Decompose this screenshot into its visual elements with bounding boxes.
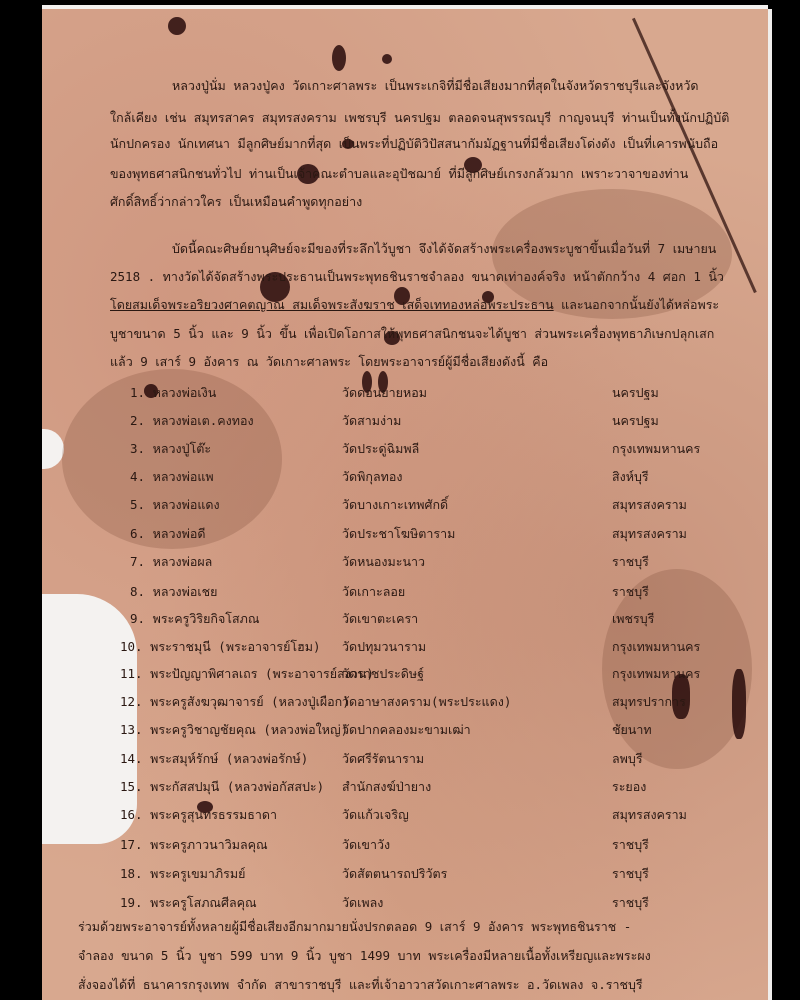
master-name: 3. หลวงปู่โต๊ะ (130, 439, 211, 459)
name-text: พระครูวิริยกิจโสภณ (153, 611, 260, 626)
temple-name: วัดราชประดิษฐ์ (342, 664, 424, 684)
province-name: กรุงเทพมหานคร (612, 439, 700, 459)
temple-name: วัดเกาะลอย (342, 582, 405, 602)
name-text: พระครูสุนทรธรรมธาดา (150, 807, 277, 822)
name-text: หลวงพ่อเงิน (153, 385, 217, 400)
name-text: พระครูภาวนาวิมลคุณ (150, 837, 267, 852)
name-text: หลวงพ่อเชย (153, 584, 218, 599)
name-text: หลวงพ่อผล (153, 554, 213, 569)
row-number: 9. (130, 611, 145, 626)
name-text: พระครูวิชาญชัยคุณ (หลวงพ่อใหญ่) (150, 722, 348, 737)
province-name: สมุทรสงคราม (612, 524, 687, 544)
province-name: ราชบุรี (612, 582, 649, 602)
province-name: สมุทรสงคราม (612, 805, 687, 825)
temple-name: วัดปทุมวนาราม (342, 637, 426, 657)
temple-name: วัดบางเกาะเทพศักดิ์ (342, 495, 448, 515)
closing-line: สั่งจองได้ที่ ธนาคารกรุงเทพ จำกัด สาขารา… (78, 975, 643, 995)
temple-name: วัดดอนยายหอม (342, 383, 427, 403)
name-text: หลวงพ่อดี (153, 526, 206, 541)
master-name: 4. หลวงพ่อแพ (130, 467, 214, 487)
master-name: 19. พระครูโสภณศีลคุณ (120, 893, 257, 913)
master-name: 11. พระปัญญาพิศาลเถร (พระอาจารย์สงวน) (120, 664, 374, 684)
paragraph-2-continuation: และนอกจากนั้นยังได้หล่อพระ (554, 297, 720, 312)
master-list-row: 13. พระครูวิชาญชัยคุณ (หลวงพ่อใหญ่)วัดปา… (42, 720, 768, 740)
name-text: หลวงปู่โต๊ะ (153, 441, 212, 456)
temple-name: วัดพิกุลทอง (342, 467, 402, 487)
master-name: 2. หลวงพ่อเต.คงทอง (130, 411, 254, 431)
master-name: 15. พระกัสสปมุนี (หลวงพ่อกัสสปะ) (120, 777, 324, 797)
master-list-row: 16. พระครูสุนทรธรรมธาดาวัดแก้วเจริญสมุทร… (42, 805, 768, 825)
master-name: 1. หลวงพ่อเงิน (130, 383, 216, 403)
row-number: 14. (120, 751, 143, 766)
temple-name: วัดหนองมะนาว (342, 552, 425, 572)
ink-spot (382, 54, 392, 64)
master-list-row: 3. หลวงปู่โต๊ะวัดประดู่ฉิมพลีกรุงเทพมหาน… (42, 439, 768, 459)
province-name: ระยอง (612, 777, 646, 797)
paragraph-1-line: หลวงปู่นั่ม หลวงปู่คง วัดเกาะศาลพระ เป็น… (172, 76, 698, 96)
name-text: พระสมุห์รักษ์ (หลวงพ่อรักษ์) (150, 751, 308, 766)
master-name: 12. พระครูสังฆวุฒาจารย์ (หลวงปู่เผือก) (120, 692, 350, 712)
master-name: 16. พระครูสุนทรธรรมธาดา (120, 805, 277, 825)
row-number: 11. (120, 666, 143, 681)
paragraph-2-line-underlined: โดยสมเด็จพระอริยวงศาคตญาณ สมเด็จพระสังฆร… (110, 295, 719, 315)
row-number: 2. (130, 413, 145, 428)
row-number: 15. (120, 779, 143, 794)
row-number: 5. (130, 497, 145, 512)
province-name: นครปฐม (612, 411, 659, 431)
master-list-row: 14. พระสมุห์รักษ์ (หลวงพ่อรักษ์)วัดศรีรั… (42, 749, 768, 769)
row-number: 10. (120, 639, 143, 654)
master-list-row: 17. พระครูภาวนาวิมลคุณวัดเขาวังราชบุรี (42, 835, 768, 855)
row-number: 8. (130, 584, 145, 599)
paragraph-2-line: บูชาขนาด 5 นิ้ว และ 9 นิ้ว ขึ้น เพื่อเปิ… (110, 324, 714, 344)
temple-name: วัดแก้วเจริญ (342, 805, 409, 825)
province-name: ชัยนาท (612, 720, 652, 740)
master-list-row: 11. พระปัญญาพิศาลเถร (พระอาจารย์สงวน)วัด… (42, 664, 768, 684)
name-text: พระกัสสปมุนี (หลวงพ่อกัสสปะ) (150, 779, 324, 794)
paragraph-1-line: ใกล้เคียง เช่น สมุทรสาคร สมุทรสงคราม เพช… (110, 108, 729, 128)
master-list-row: 1. หลวงพ่อเงินวัดดอนยายหอมนครปฐม (42, 383, 768, 403)
temple-name: สำนักสงฆ์ป่ายาง (342, 777, 431, 797)
temple-name: วัดสามง่าม (342, 411, 401, 431)
temple-name: วัดประชาโฆษิตาราม (342, 524, 455, 544)
master-name: 7. หลวงพ่อผล (130, 552, 212, 572)
closing-line: จำลอง ขนาด 5 นิ้ว บูชา 599 บาท 9 นิ้ว บู… (78, 946, 651, 966)
master-name: 10. พระราชมุนี (พระอาจารย์โฮม) (120, 637, 321, 657)
province-name: ราชบุรี (612, 552, 649, 572)
master-list-row: 12. พระครูสังฆวุฒาจารย์ (หลวงปู่เผือก)วั… (42, 692, 768, 712)
paragraph-1-line: ศักดิ์สิทธิ์ว่ากล่าวใคร เป็นเหมือนคำพูดท… (110, 192, 362, 212)
master-list-row: 8. หลวงพ่อเชยวัดเกาะลอยราชบุรี (42, 582, 768, 602)
master-list-row: 9. พระครูวิริยกิจโสภณวัดเขาตะเคราเพชรบุร… (42, 609, 768, 629)
province-name: สมุทรสงคราม (612, 495, 687, 515)
paragraph-2-line: แล้ว 9 เสาร์ 9 อังคาร ณ วัดเกาะศาลพระ โด… (110, 352, 548, 372)
master-list-row: 6. หลวงพ่อดีวัดประชาโฆษิตารามสมุทรสงคราม (42, 524, 768, 544)
ink-spot (332, 45, 346, 71)
name-text: หลวงพ่อแพ (153, 469, 214, 484)
row-number: 6. (130, 526, 145, 541)
name-text: พระครูสังฆวุฒาจารย์ (หลวงปู่เผือก) (150, 694, 350, 709)
row-number: 17. (120, 837, 143, 852)
master-name: 14. พระสมุห์รักษ์ (หลวงพ่อรักษ์) (120, 749, 308, 769)
temple-name: วัดประดู่ฉิมพลี (342, 439, 419, 459)
row-number: 3. (130, 441, 145, 456)
province-name: ราชบุรี (612, 893, 649, 913)
master-list-row: 15. พระกัสสปมุนี (หลวงพ่อกัสสปะ)สำนักสงฆ… (42, 777, 768, 797)
paragraph-1-line: นักปกครอง นักเทศนา มีลูกศิษย์มากที่สุด เ… (110, 134, 718, 154)
temple-name: วัดปากคลองมะขามเฒ่า (342, 720, 471, 740)
row-number: 12. (120, 694, 143, 709)
name-text: หลวงพ่อเต.คงทอง (153, 413, 254, 428)
row-number: 7. (130, 554, 145, 569)
province-name: สิงห์บุรี (612, 467, 649, 487)
name-text: พระปัญญาพิศาลเถร (พระอาจารย์สงวน) (150, 666, 374, 681)
temple-name: วัดสัตตนารถปริวัตร (342, 864, 447, 884)
master-list-row: 2. หลวงพ่อเต.คงทองวัดสามง่ามนครปฐม (42, 411, 768, 431)
row-number: 13. (120, 722, 143, 737)
province-name: ราชบุรี (612, 835, 649, 855)
master-list-row: 7. หลวงพ่อผลวัดหนองมะนาวราชบุรี (42, 552, 768, 572)
row-number: 16. (120, 807, 143, 822)
row-number: 4. (130, 469, 145, 484)
master-name: 18. พระครูเขมาภิรมย์ (120, 864, 245, 884)
name-text: พระครูเขมาภิรมย์ (150, 866, 245, 881)
master-name: 9. พระครูวิริยกิจโสภณ (130, 609, 259, 629)
name-text: หลวงพ่อแดง (153, 497, 220, 512)
province-name: กรุงเทพมหานคร (612, 637, 700, 657)
paragraph-1-line: ของพุทธศาสนิกชนทั่วไป ท่านเป็นเจ้าคณะตำบ… (110, 164, 688, 184)
row-number: 18. (120, 866, 143, 881)
temple-name: วัดศรีรัตนาราม (342, 749, 424, 769)
aged-document-paper: หลวงปู่นั่ม หลวงปู่คง วัดเกาะศาลพระ เป็น… (42, 5, 768, 1000)
master-name: 17. พระครูภาวนาวิมลคุณ (120, 835, 268, 855)
master-list-row: 4. หลวงพ่อแพวัดพิกุลทองสิงห์บุรี (42, 467, 768, 487)
temple-name: วัดเพลง (342, 893, 383, 913)
province-name: เพชรบุรี (612, 609, 654, 629)
name-text: พระครูโสภณศีลคุณ (150, 895, 256, 910)
closing-line: ร่วมด้วยพระอาจารย์ทั้งหลายผู้มีชื่อเสียง… (78, 917, 631, 937)
master-name: 8. หลวงพ่อเชย (130, 582, 217, 602)
temple-name: วัดเขาตะเครา (342, 609, 418, 629)
ink-spot (168, 17, 186, 35)
row-number: 1. (130, 385, 145, 400)
master-name: 13. พระครูวิชาญชัยคุณ (หลวงพ่อใหญ่) (120, 720, 348, 740)
name-text: พระราชมุนี (พระอาจารย์โฮม) (150, 639, 320, 654)
paragraph-2-line: บัดนี้คณะศิษย์ยานุศิษย์จะมีของที่ระลึกไว… (172, 239, 716, 259)
master-name: 5. หลวงพ่อแดง (130, 495, 220, 515)
province-name: กรุงเทพมหานคร (612, 664, 700, 684)
province-name: สมุทรปราการ (612, 692, 686, 712)
master-list-row: 18. พระครูเขมาภิรมย์วัดสัตตนารถปริวัตรรา… (42, 864, 768, 884)
paragraph-2-line: 2518 . ทางวัดได้จัดสร้างพระประธานเป็นพระ… (110, 267, 724, 287)
master-name: 6. หลวงพ่อดี (130, 524, 205, 544)
paper-edge-right (768, 9, 772, 1000)
province-name: นครปฐม (612, 383, 659, 403)
province-name: ราชบุรี (612, 864, 649, 884)
province-name: ลพบุรี (612, 749, 643, 769)
master-list-row: 19. พระครูโสภณศีลคุณวัดเพลงราชบุรี (42, 893, 768, 913)
master-list-row: 10. พระราชมุนี (พระอาจารย์โฮม)วัดปทุมวนา… (42, 637, 768, 657)
underlined-text: โดยสมเด็จพระอริยวงศาคตญาณ สมเด็จพระสังฆร… (110, 297, 554, 312)
row-number: 19. (120, 895, 143, 910)
temple-name: วัดเขาวัง (342, 835, 390, 855)
temple-name: วัดอาษาสงคราม(พระประแดง) (342, 692, 511, 712)
master-list-row: 5. หลวงพ่อแดงวัดบางเกาะเทพศักดิ์สมุทรสงค… (42, 495, 768, 515)
